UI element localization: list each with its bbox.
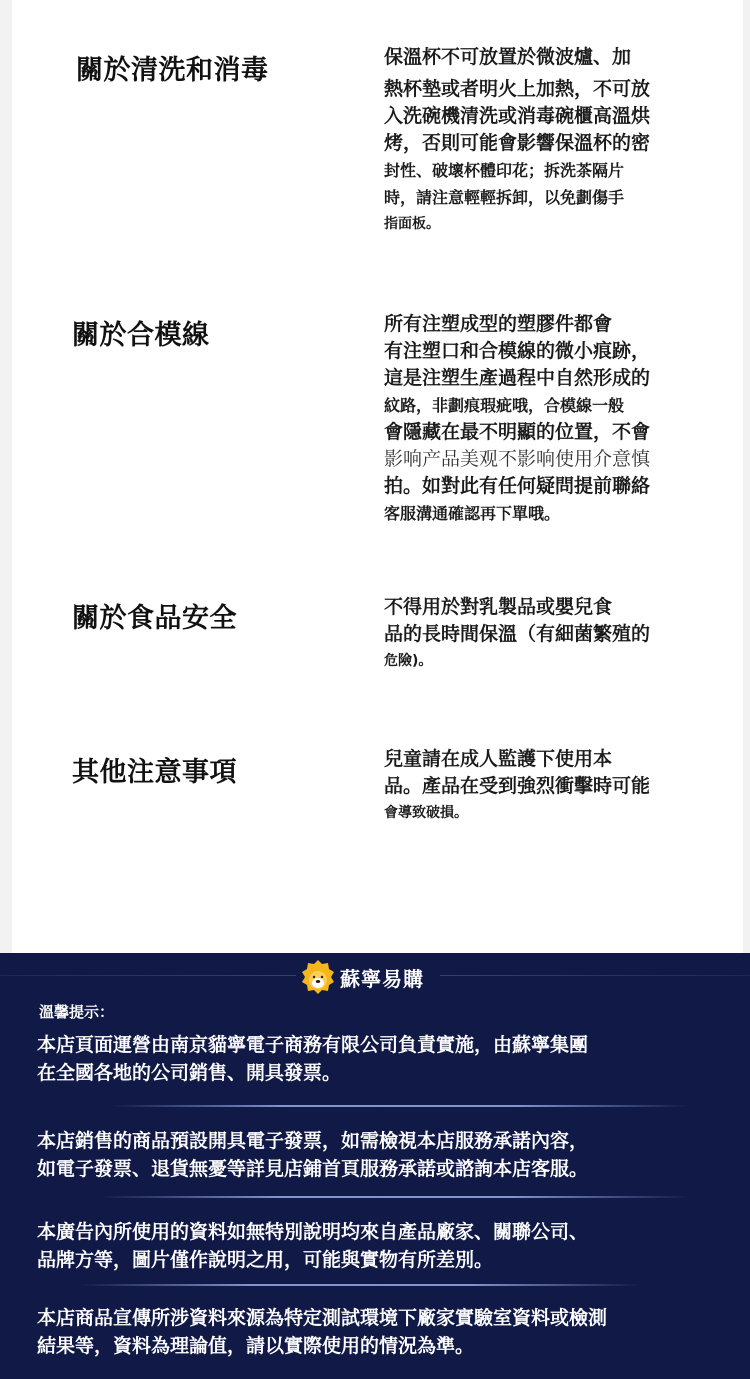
notice-divider <box>100 1196 690 1198</box>
section-body: 不得用於對乳製品或嬰兒食 品的長時間保溫（有細菌繁殖的 危險)。 <box>384 594 704 675</box>
notice-line: 本店頁面運營由南京貓寧電子商務有限公司負責實施，由蘇寧集團 <box>37 1031 717 1059</box>
body-line: 入洗碗機清洗或消毒碗櫃高溫烘 <box>384 103 704 130</box>
lion-logo-icon <box>300 959 336 995</box>
notice-paragraph: 本店頁面運營由南京貓寧電子商務有限公司負責實施，由蘇寧集團 在全國各地的公司銷售… <box>37 1031 717 1087</box>
body-line: 所有注塑成型的塑膠件都會 <box>384 311 704 338</box>
body-line: 熱杯墊或者明火上加熱，不可放 <box>384 76 704 103</box>
brand-divider-right <box>440 975 750 976</box>
body-line: 會隱藏在最不明顯的位置，不會 <box>384 419 704 446</box>
body-line: 品的長時間保溫（有細菌繁殖的 <box>384 621 704 648</box>
body-line: 這是注塑生產過程中自然形成的 <box>384 365 704 392</box>
notice-line: 本店銷售的商品預設開具電子發票，如需檢視本店服務承諾內容， <box>37 1127 717 1155</box>
body-line: 品。產品在受到強烈衝擊時可能 <box>384 773 704 800</box>
body-line: 保溫杯不可放置於微波爐、加 <box>384 44 704 71</box>
notice-line: 在全國各地的公司銷售、開具發票。 <box>37 1059 717 1087</box>
tips-label: 溫馨提示： <box>39 1001 114 1022</box>
notice-line: 本店商品宣傳所涉資料來源為特定測試環境下廠家實驗室資料或檢測 <box>37 1304 717 1332</box>
notice-paragraph: 本店銷售的商品預設開具電子發票，如需檢視本店服務承諾內容， 如電子發票、退貨無憂… <box>37 1127 717 1183</box>
body-line: 烤，否則可能會影響保溫杯的密 <box>384 130 704 157</box>
body-line: 拍。如對此有任何疑問提前聯絡 <box>384 473 704 500</box>
section-heading: 關於合模線 <box>72 313 210 352</box>
section-heading: 關於清洗和消毒 <box>76 48 269 87</box>
section-body: 所有注塑成型的塑膠件都會 有注塑口和合模線的微小痕跡， 這是注塑生產過程中自然形… <box>384 311 704 527</box>
notice-divider <box>80 1284 640 1286</box>
brand-divider-left <box>0 975 296 976</box>
body-line: 指面板。 <box>384 211 704 238</box>
store-notice-footer: 蘇寧易購 溫馨提示： 本店頁面運營由南京貓寧電子商務有限公司負責實施，由蘇寧集團… <box>0 953 750 1379</box>
brand-header: 蘇寧易購 <box>0 953 750 999</box>
section-body: 保溫杯不可放置於微波爐、加 熱杯墊或者明火上加熱，不可放 入洗碗機清洗或消毒碗櫃… <box>384 44 704 238</box>
body-line: 兒童請在成人監護下使用本 <box>384 746 704 773</box>
notice-divider <box>110 1105 690 1107</box>
body-line: 時，請注意輕輕拆卸，以免劃傷手 <box>384 184 704 211</box>
notice-line: 品牌方等，圖片僅作說明之用，可能與實物有所差別。 <box>37 1246 717 1274</box>
body-line: 會導致破損。 <box>384 800 704 827</box>
brand-badge: 蘇寧易購 <box>300 957 424 997</box>
body-line: 危險)。 <box>384 648 704 675</box>
section-heading: 其他注意事項 <box>72 750 237 789</box>
body-line: 不得用於對乳製品或嬰兒食 <box>384 594 704 621</box>
brand-name: 蘇寧易購 <box>340 963 424 992</box>
body-line: 客服溝通確認再下單哦。 <box>384 500 704 527</box>
notice-paragraph: 本店商品宣傳所涉資料來源為特定測試環境下廠家實驗室資料或檢測 結果等，資料為理論… <box>37 1304 717 1360</box>
product-detail-page: 關於清洗和消毒 保溫杯不可放置於微波爐、加 熱杯墊或者明火上加熱，不可放 入洗碗… <box>0 0 750 1379</box>
notice-paragraph: 本廣告內所使用的資料如無特別說明均來自產品廠家、關聯公司、 品牌方等，圖片僅作說… <box>37 1218 717 1274</box>
body-line: 影响产品美观不影响使用介意慎 <box>384 446 704 473</box>
care-instructions-card: 關於清洗和消毒 保溫杯不可放置於微波爐、加 熱杯墊或者明火上加熱，不可放 入洗碗… <box>12 0 743 953</box>
notice-line: 本廣告內所使用的資料如無特別說明均來自產品廠家、關聯公司、 <box>37 1218 717 1246</box>
body-line: 封性、破壞杯體印花；拆洗茶隔片 <box>384 157 704 184</box>
notice-line: 結果等，資料為理論值，請以實際使用的情況為準。 <box>37 1332 717 1360</box>
notice-line: 如電子發票、退貨無憂等詳見店鋪首頁服務承諾或諮詢本店客服。 <box>37 1155 717 1183</box>
body-line: 有注塑口和合模線的微小痕跡， <box>384 338 704 365</box>
body-line: 紋路，非劃痕瑕疵哦，合模線一般 <box>384 392 704 419</box>
section-heading: 關於食品安全 <box>72 596 237 635</box>
section-body: 兒童請在成人監護下使用本 品。產品在受到強烈衝擊時可能 會導致破損。 <box>384 746 704 827</box>
